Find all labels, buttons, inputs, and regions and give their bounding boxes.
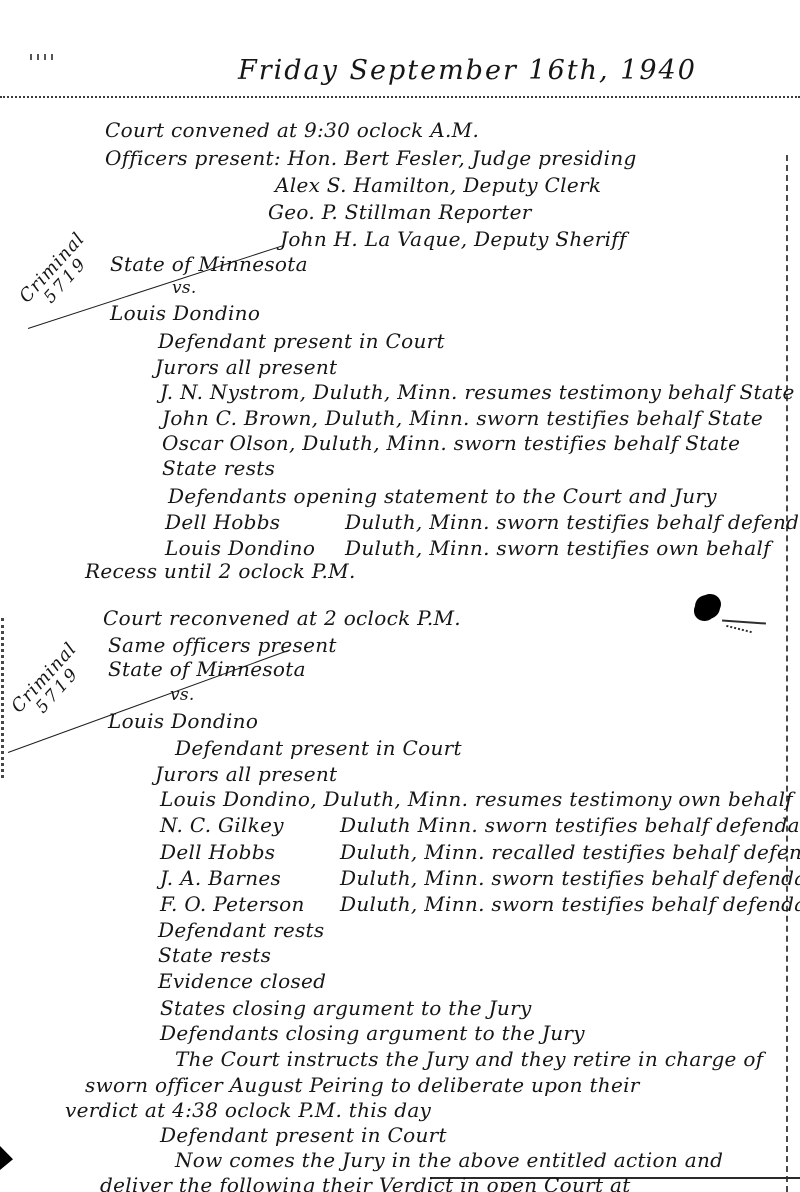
- verdict-line: deliver the following their Verdict in o…: [100, 1174, 631, 1192]
- witness-name: Louis Dondino: [165, 537, 315, 559]
- proceeding-entry: Jurors all present: [155, 356, 337, 378]
- proceeding-entry: States closing argument to the Jury: [160, 997, 532, 1019]
- proceeding-entry: Defendant present in Court: [175, 737, 462, 759]
- proceeding-entry: Louis Dondino, Duluth, Minn. resumes tes…: [160, 788, 793, 810]
- witness-row: Dell Hobbs Duluth, Minn. recalled testif…: [160, 841, 275, 863]
- margin-case-note: Criminal 5719: [9, 640, 95, 729]
- line-recess: Recess until 2 oclock P.M.: [85, 560, 356, 582]
- proceeding-entry: Evidence closed: [158, 970, 326, 992]
- header-divider-line: [0, 96, 800, 98]
- officer-reporter: Geo. P. Stillman Reporter: [268, 201, 532, 223]
- scan-noise: [30, 54, 56, 60]
- case-defendant: Louis Dondino: [108, 710, 258, 732]
- margin-case-note: Criminal 5719: [17, 230, 103, 319]
- line-officers-heading: Officers present: Hon. Bert Fesler, Judg…: [105, 147, 637, 169]
- date-header: Friday September 16th, 1940: [238, 55, 697, 86]
- proceeding-entry: Defendant rests: [158, 919, 324, 941]
- proceeding-entry: Defendant present in Court: [158, 330, 445, 352]
- witness-row: Louis Dondino Duluth, Minn. sworn testif…: [165, 537, 315, 559]
- witness-detail: Duluth, Minn. sworn testifies behalf def…: [340, 867, 800, 889]
- case-plaintiff: State of Minnesota: [108, 658, 306, 680]
- line-court-convened: Court convened at 9:30 oclock A.M.: [105, 119, 479, 141]
- officer-deputy-clerk: Alex S. Hamilton, Deputy Clerk: [275, 174, 601, 196]
- page-edge-line-left: [1, 618, 4, 778]
- case-defendant: Louis Dondino: [110, 302, 260, 324]
- officer-deputy-sheriff: John H. La Vaque, Deputy Sheriff: [280, 228, 627, 250]
- ink-smudge: [726, 625, 752, 633]
- line-reconvened: Court reconvened at 2 oclock P.M.: [103, 607, 461, 629]
- ink-smudge: [722, 619, 766, 624]
- witness-detail: Duluth, Minn. sworn testifies own behalf: [345, 537, 771, 559]
- witness-name: Dell Hobbs: [160, 841, 275, 863]
- proceeding-entry: State rests: [158, 944, 271, 966]
- witness-row: F. O. Peterson Duluth, Minn. sworn testi…: [160, 893, 305, 915]
- line-defendant-present: Defendant present in Court: [160, 1124, 447, 1146]
- proceeding-entry: J. N. Nystrom, Duluth, Minn. resumes tes…: [160, 381, 795, 403]
- instruction-line: The Court instructs the Jury and they re…: [175, 1048, 763, 1070]
- case-versus: vs.: [170, 686, 195, 705]
- witness-name: F. O. Peterson: [160, 893, 305, 915]
- proceeding-entry: State rests: [162, 457, 275, 479]
- witness-detail: Duluth, Minn. recalled testifies behalf …: [340, 841, 800, 863]
- witness-detail: Duluth, Minn. sworn testifies behalf def…: [340, 893, 800, 915]
- instruction-line: verdict at 4:38 oclock P.M. this day: [65, 1099, 431, 1121]
- page-edge-line-right: [786, 155, 788, 1192]
- proceeding-entry: John C. Brown, Duluth, Minn. sworn testi…: [162, 407, 763, 429]
- proceeding-entry: Oscar Olson, Duluth, Minn. sworn testifi…: [162, 432, 740, 454]
- verdict-line: Now comes the Jury in the above entitled…: [175, 1149, 723, 1171]
- witness-row: J. A. Barnes Duluth, Minn. sworn testifi…: [160, 867, 281, 889]
- line-same-officers: Same officers present: [108, 634, 337, 656]
- witness-detail: Duluth Minn. sworn testifies behalf defe…: [340, 814, 800, 836]
- proceeding-entry: Jurors all present: [155, 763, 337, 785]
- case-versus: vs.: [172, 279, 197, 298]
- court-minutes-page: Friday September 16th, 1940 Court conven…: [0, 0, 800, 1192]
- witness-name: N. C. Gilkey: [160, 814, 284, 836]
- corner-ink-mark: [0, 1146, 13, 1170]
- ink-blot: [695, 595, 720, 619]
- witness-detail: Duluth, Minn. sworn testifies behalf def…: [345, 511, 800, 533]
- proceeding-entry: Defendants closing argument to the Jury: [160, 1022, 585, 1044]
- proceeding-entry: Defendants opening statement to the Cour…: [168, 485, 717, 507]
- witness-name: J. A. Barnes: [160, 867, 281, 889]
- case-plaintiff: State of Minnesota: [110, 253, 308, 275]
- witness-name: Dell Hobbs: [165, 511, 280, 533]
- witness-row: N. C. Gilkey Duluth Minn. sworn testifie…: [160, 814, 284, 836]
- witness-row: Dell Hobbs Duluth, Minn. sworn testifies…: [165, 511, 280, 533]
- instruction-line: sworn officer August Peiring to delibera…: [85, 1074, 640, 1096]
